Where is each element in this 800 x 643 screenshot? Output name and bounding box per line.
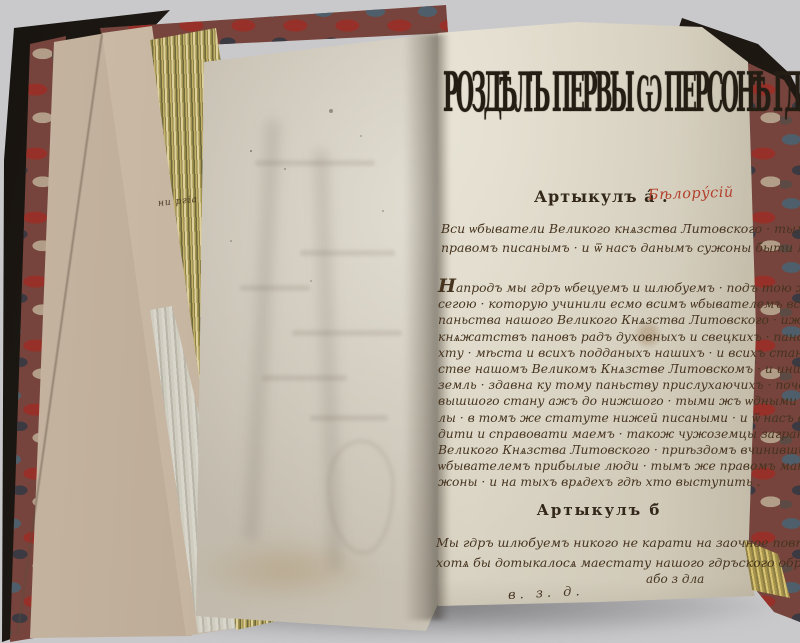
article1-intro-paragraph: Вси ѡбыватели Великого кнѧзства Литовско… — [441, 219, 759, 257]
text-line: сегою · которую учинили есмо всимъ ѡбыва… — [438, 296, 760, 312]
text-line: правомъ писанымъ · и ѿ насъ данымъ сужон… — [441, 238, 759, 257]
article2-heading: Артыкулъ б̃ — [440, 501, 758, 519]
text-line: ѡбывателемъ прибылые люди · тымъ же прав… — [438, 458, 760, 474]
text-line: земль · здавна ку тому паньству прислуха… — [438, 377, 760, 393]
text-line: Мы гдръ шлюбуемъ никого не карати на зао… — [436, 533, 766, 553]
ink-bleedthrough — [255, 160, 375, 166]
text-line: лы · в томъ же статуте нижей писаными · … — [438, 410, 760, 426]
photo-old-manuscript-book: ни ргіа РОЗДѢЛЪ ПЕРВЫ Ѡ ПЕРСОНѢ ГДРСКѠ А… — [0, 0, 800, 643]
article1-body-paragraph: Напродъ мы гдръ ѡбецуемъ и шлюбуемъ · по… — [438, 278, 760, 491]
ink-bleedthrough — [292, 330, 402, 336]
article1-red-note: Бѣлору́сій — [648, 185, 734, 204]
chapter-title-vyaz: РОЗДѢЛЪ ПЕРВЫ Ѡ ПЕРСОНѢ ГДРСКѠ — [443, 62, 800, 126]
ink-bleedthrough — [240, 285, 310, 291]
text-line: Великого Кнѧзства Литовского · приѣздомъ… — [438, 442, 760, 458]
text-line: стве нашомъ Великомъ Кнѧзстве Литовскомъ… — [438, 361, 760, 377]
ink-bleedthrough — [310, 415, 388, 421]
text-line: вышшого стану ажъ до нижшого · тыми жъ ѡ… — [438, 393, 760, 409]
text-line: дити и справовати маемъ · також чужоземц… — [438, 426, 760, 442]
text-line: жоны · и на тыхъ врѧдехъ гдѣ хто выступи… — [438, 474, 760, 490]
ink-bleedthrough — [300, 250, 395, 256]
text-line: хотѧ бы дотыкалосѧ маестату нашого гдръс… — [436, 553, 766, 573]
catchword: або з дла — [646, 572, 704, 586]
text-line: паньства нашого Великого Кнѧзства Литовс… — [438, 312, 760, 328]
ink-bleedthrough — [262, 375, 347, 381]
text-line: Вси ѡбыватели Великого кнѧзства Литовско… — [441, 219, 759, 238]
text-line: кнѧжатствъ пановъ радъ духовныхъ и свецк… — [438, 329, 760, 345]
text-line: хту · мѣста и всихъ подданыхъ нашихъ · и… — [438, 345, 760, 361]
paper-specks — [250, 150, 252, 152]
article2-body-paragraph: Мы гдръ шлюбуемъ никого не карати на зао… — [436, 533, 766, 573]
text-line: Напродъ мы гдръ ѡбецуемъ и шлюбуемъ · по… — [438, 278, 760, 296]
